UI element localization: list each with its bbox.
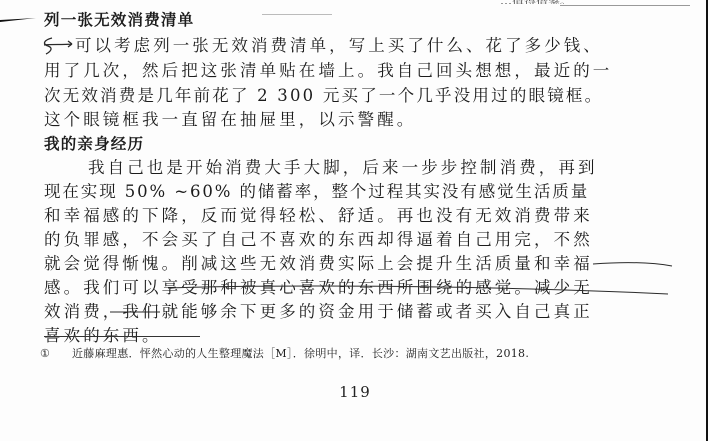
footnote: ①近藤麻理惠．怦然心动的人生整理魔法［M］．徐明中，译．长沙：湖南文艺出版社，2…	[40, 346, 529, 362]
paragraph1-line-3: 次无效消费是几年前花了 2 300 元买了一个几乎没用过的眼镜框。	[44, 86, 603, 106]
handwritten-arrow-icon	[40, 36, 74, 56]
previous-line-fragment-rule	[560, 5, 690, 6]
paragraph1-line-1: 可以考虑列一张无效消费清单，写上买了什么、花了多少钱、	[75, 36, 603, 56]
footnote-text: 近藤麻理惠．怦然心动的人生整理魔法［M］．徐明中，译．长沙：湖南文艺出版社，20…	[72, 347, 529, 360]
scan-artifact-rule	[262, 14, 332, 15]
footnote-divider	[44, 336, 200, 337]
page-number: 119	[0, 383, 710, 401]
paragraph1-line-2: 用了几次，然后把这张清单贴在墙上。我自己回头想想，最近的一	[44, 61, 612, 81]
page-edge-line	[706, 0, 708, 441]
paragraph2-line-5: 就会觉得惭愧。削减这些无效消费实际上会提升生活质量和幸福	[44, 254, 593, 274]
paragraph1-line-4: 这个眼镜框我一直留在抽屉里，以示警醒。	[44, 110, 416, 130]
paragraph2-line-7: 效消费，我们就能够余下更多的资金用于储蓄或者买入自己真正	[44, 302, 593, 322]
paragraph2-line-1: 我自己也是开始消费大手大脚，后来一步步控制消费，再到	[88, 158, 598, 178]
pen-mark-icon	[0, 16, 36, 22]
paragraph2-line-4: 的负罪感，不会买了自己不喜欢的东西却得逼着自己用完，不然	[44, 230, 593, 250]
footnote-marker: ①	[40, 346, 72, 362]
previous-line-fragment: …值得借鉴。	[500, 0, 680, 4]
section-title: 列一张无效消费清单	[44, 10, 194, 30]
paragraph2-line-2: 现在实现 50% ~60% 的储蓄率，整个过程其实没有感觉生活质量	[44, 182, 589, 202]
paragraph2-line-3: 和幸福感的下降，反而觉得轻松、舒适。再也没有无效消费带来	[44, 206, 593, 226]
subheading: 我的亲身经历	[44, 134, 144, 154]
paragraph2-line-6: 感。我们可以享受那种被真心喜欢的东西所围绕的感觉。减少无	[44, 278, 593, 298]
book-page: …值得借鉴。 列一张无效消费清单 可以考虑列一张无效消费清单，写上买了什么、花了…	[0, 0, 710, 441]
